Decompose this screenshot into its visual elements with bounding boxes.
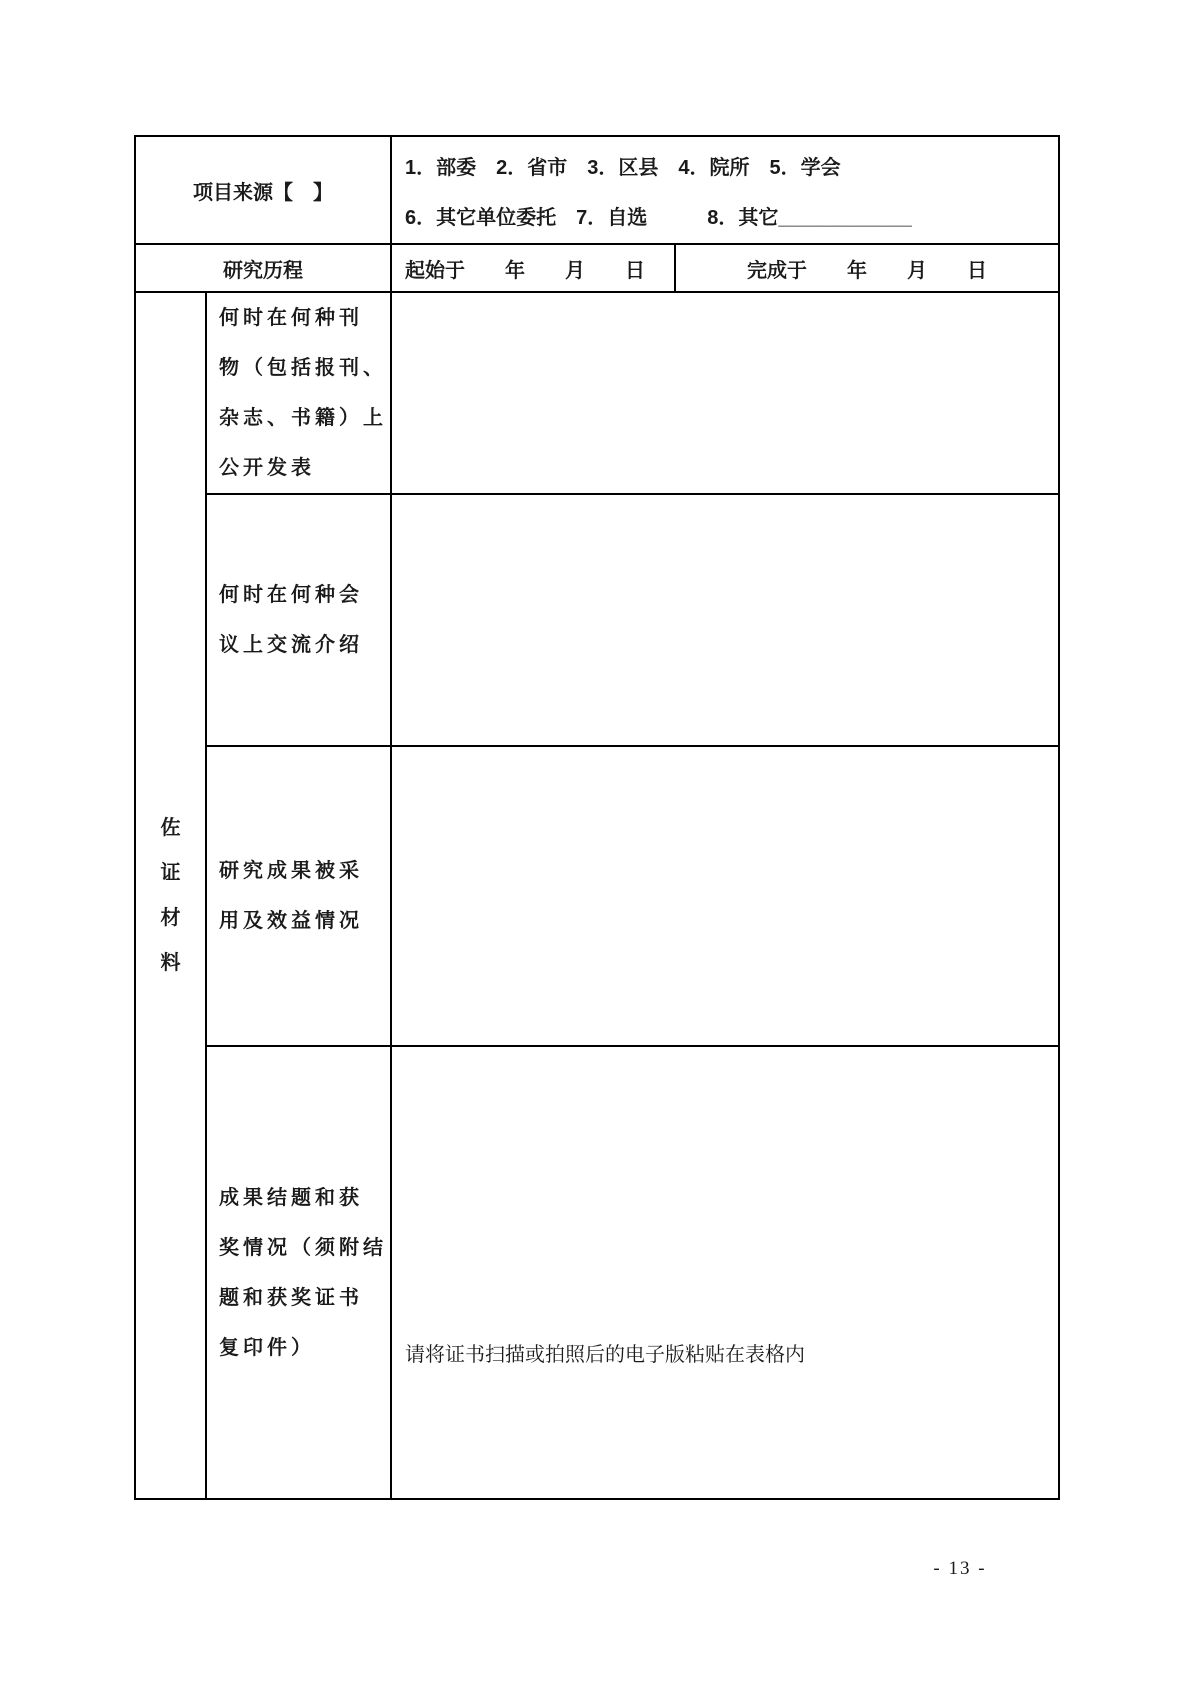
research-course-finish-cell[interactable]: 完成于 年 月 日 [675,244,1059,292]
publication-label-cell: 何时在何种刊 物（包括报刊、 杂志、书籍）上 公开发表 [206,292,391,494]
adoption-label: 研究成果被采 用及效益情况 [207,846,390,946]
conference-fill-cell[interactable] [391,494,1059,746]
publication-row: 佐 证 材 料 何时在何种刊 物（包括报刊、 杂志、书籍）上 公开发表 [135,292,1059,494]
document-page: 项目来源【 】 1．部委 2．省市 3．区县 4．院所 5．学会 6．其它单位委… [0,0,1190,1683]
research-course-finish: 完成于 年 月 日 [676,254,1058,283]
award-row: 成果结题和获 奖情况（须附结 题和获奖证书 复印件） 请将证书扫描或拍照后的电子… [135,1046,1059,1499]
research-course-row: 研究历程 起始于 年 月 日 完成于 年 月 日 [135,244,1059,292]
project-source-options-cell[interactable]: 1．部委 2．省市 3．区县 4．院所 5．学会 6．其它单位委托 7．自选 8… [391,136,1059,244]
page-number: - 13 - [920,1558,1000,1580]
award-label: 成果结题和获 奖情况（须附结 题和获奖证书 复印件） [207,1173,390,1373]
adoption-label-cell: 研究成果被采 用及效益情况 [206,746,391,1046]
publication-fill-cell[interactable] [391,292,1059,494]
conference-label-cell: 何时在何种会 议上交流介绍 [206,494,391,746]
paste-certificate-note: 请将证书扫描或拍照后的电子版粘贴在表格内 [392,1178,1058,1367]
project-source-label: 项目来源【 】 [136,162,390,218]
research-course-label: 研究历程 [136,254,390,283]
project-source-row: 项目来源【 】 1．部委 2．省市 3．区县 4．院所 5．学会 6．其它单位委… [135,136,1059,244]
research-course-start: 起始于 年 月 日 [392,254,674,283]
award-fill-cell[interactable]: 请将证书扫描或拍照后的电子版粘贴在表格内 [391,1046,1059,1499]
conference-label: 何时在何种会 议上交流介绍 [207,570,390,670]
research-course-start-cell[interactable]: 起始于 年 月 日 [391,244,675,292]
publication-label: 何时在何种刊 物（包括报刊、 杂志、书籍）上 公开发表 [207,293,390,493]
award-label-cell: 成果结题和获 奖情况（须附结 题和获奖证书 复印件） [206,1046,391,1499]
project-source-options: 1．部委 2．省市 3．区县 4．院所 5．学会 6．其它单位委托 7．自选 8… [392,137,1058,243]
adoption-row: 研究成果被采 用及效益情况 [135,746,1059,1046]
project-source-label-cell: 项目来源【 】 [135,136,391,244]
adoption-fill-cell[interactable] [391,746,1059,1046]
evidence-header: 佐 证 材 料 [136,806,205,986]
research-course-label-cell: 研究历程 [135,244,391,292]
application-form-table: 项目来源【 】 1．部委 2．省市 3．区县 4．院所 5．学会 6．其它单位委… [134,135,1060,1500]
evidence-header-cell: 佐 证 材 料 [135,292,206,1499]
conference-row: 何时在何种会 议上交流介绍 [135,494,1059,746]
